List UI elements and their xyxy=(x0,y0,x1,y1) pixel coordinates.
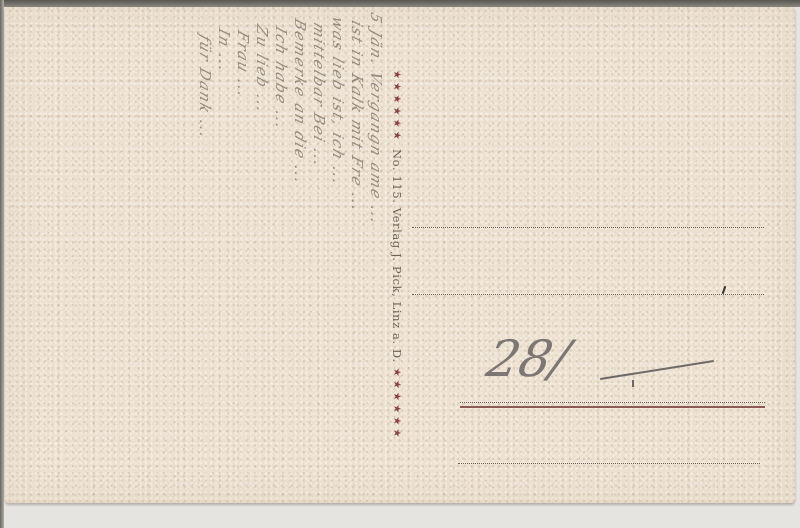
handwriting-line: Bemerke an die ... xyxy=(291,16,309,187)
handwriting-line: 5 Jän. Vergangn ame ... xyxy=(367,10,385,228)
handwritten-message: 5 Jän. Vergangn ame ... ist in Kalk mit … xyxy=(195,16,395,496)
address-line-1 xyxy=(412,227,764,228)
handwriting-line: mittelbar Bei ... xyxy=(310,20,328,170)
handwriting-line: In ... xyxy=(215,26,233,76)
handwriting-line: was lieb ist, ich ... xyxy=(329,14,347,188)
imprint-text: No. 115. Verlag J. Pick, Linz a. D. xyxy=(390,149,404,363)
handwriting-line: Ich habe ... xyxy=(272,24,290,133)
star-ornament-right: ★★★★★★ xyxy=(392,368,403,441)
handwriting-line: Zu lieb ... xyxy=(253,22,271,116)
scanner-edge-top xyxy=(0,0,800,7)
handwriting-line: für Dank ... xyxy=(196,32,214,142)
pencil-tick xyxy=(632,380,634,387)
address-line-3 xyxy=(460,402,765,403)
address-line-2 xyxy=(412,294,764,295)
handwriting-line: ist in Kalk mit Fre ... xyxy=(348,18,366,215)
handwriting-line: Frau ... xyxy=(234,28,252,101)
address-line-4 xyxy=(458,463,760,464)
scanner-edge-left xyxy=(0,0,4,528)
star-ornament-left: ★★★★★★ xyxy=(392,70,403,143)
handwritten-number: 28/ xyxy=(482,330,575,388)
address-underline xyxy=(460,406,765,408)
